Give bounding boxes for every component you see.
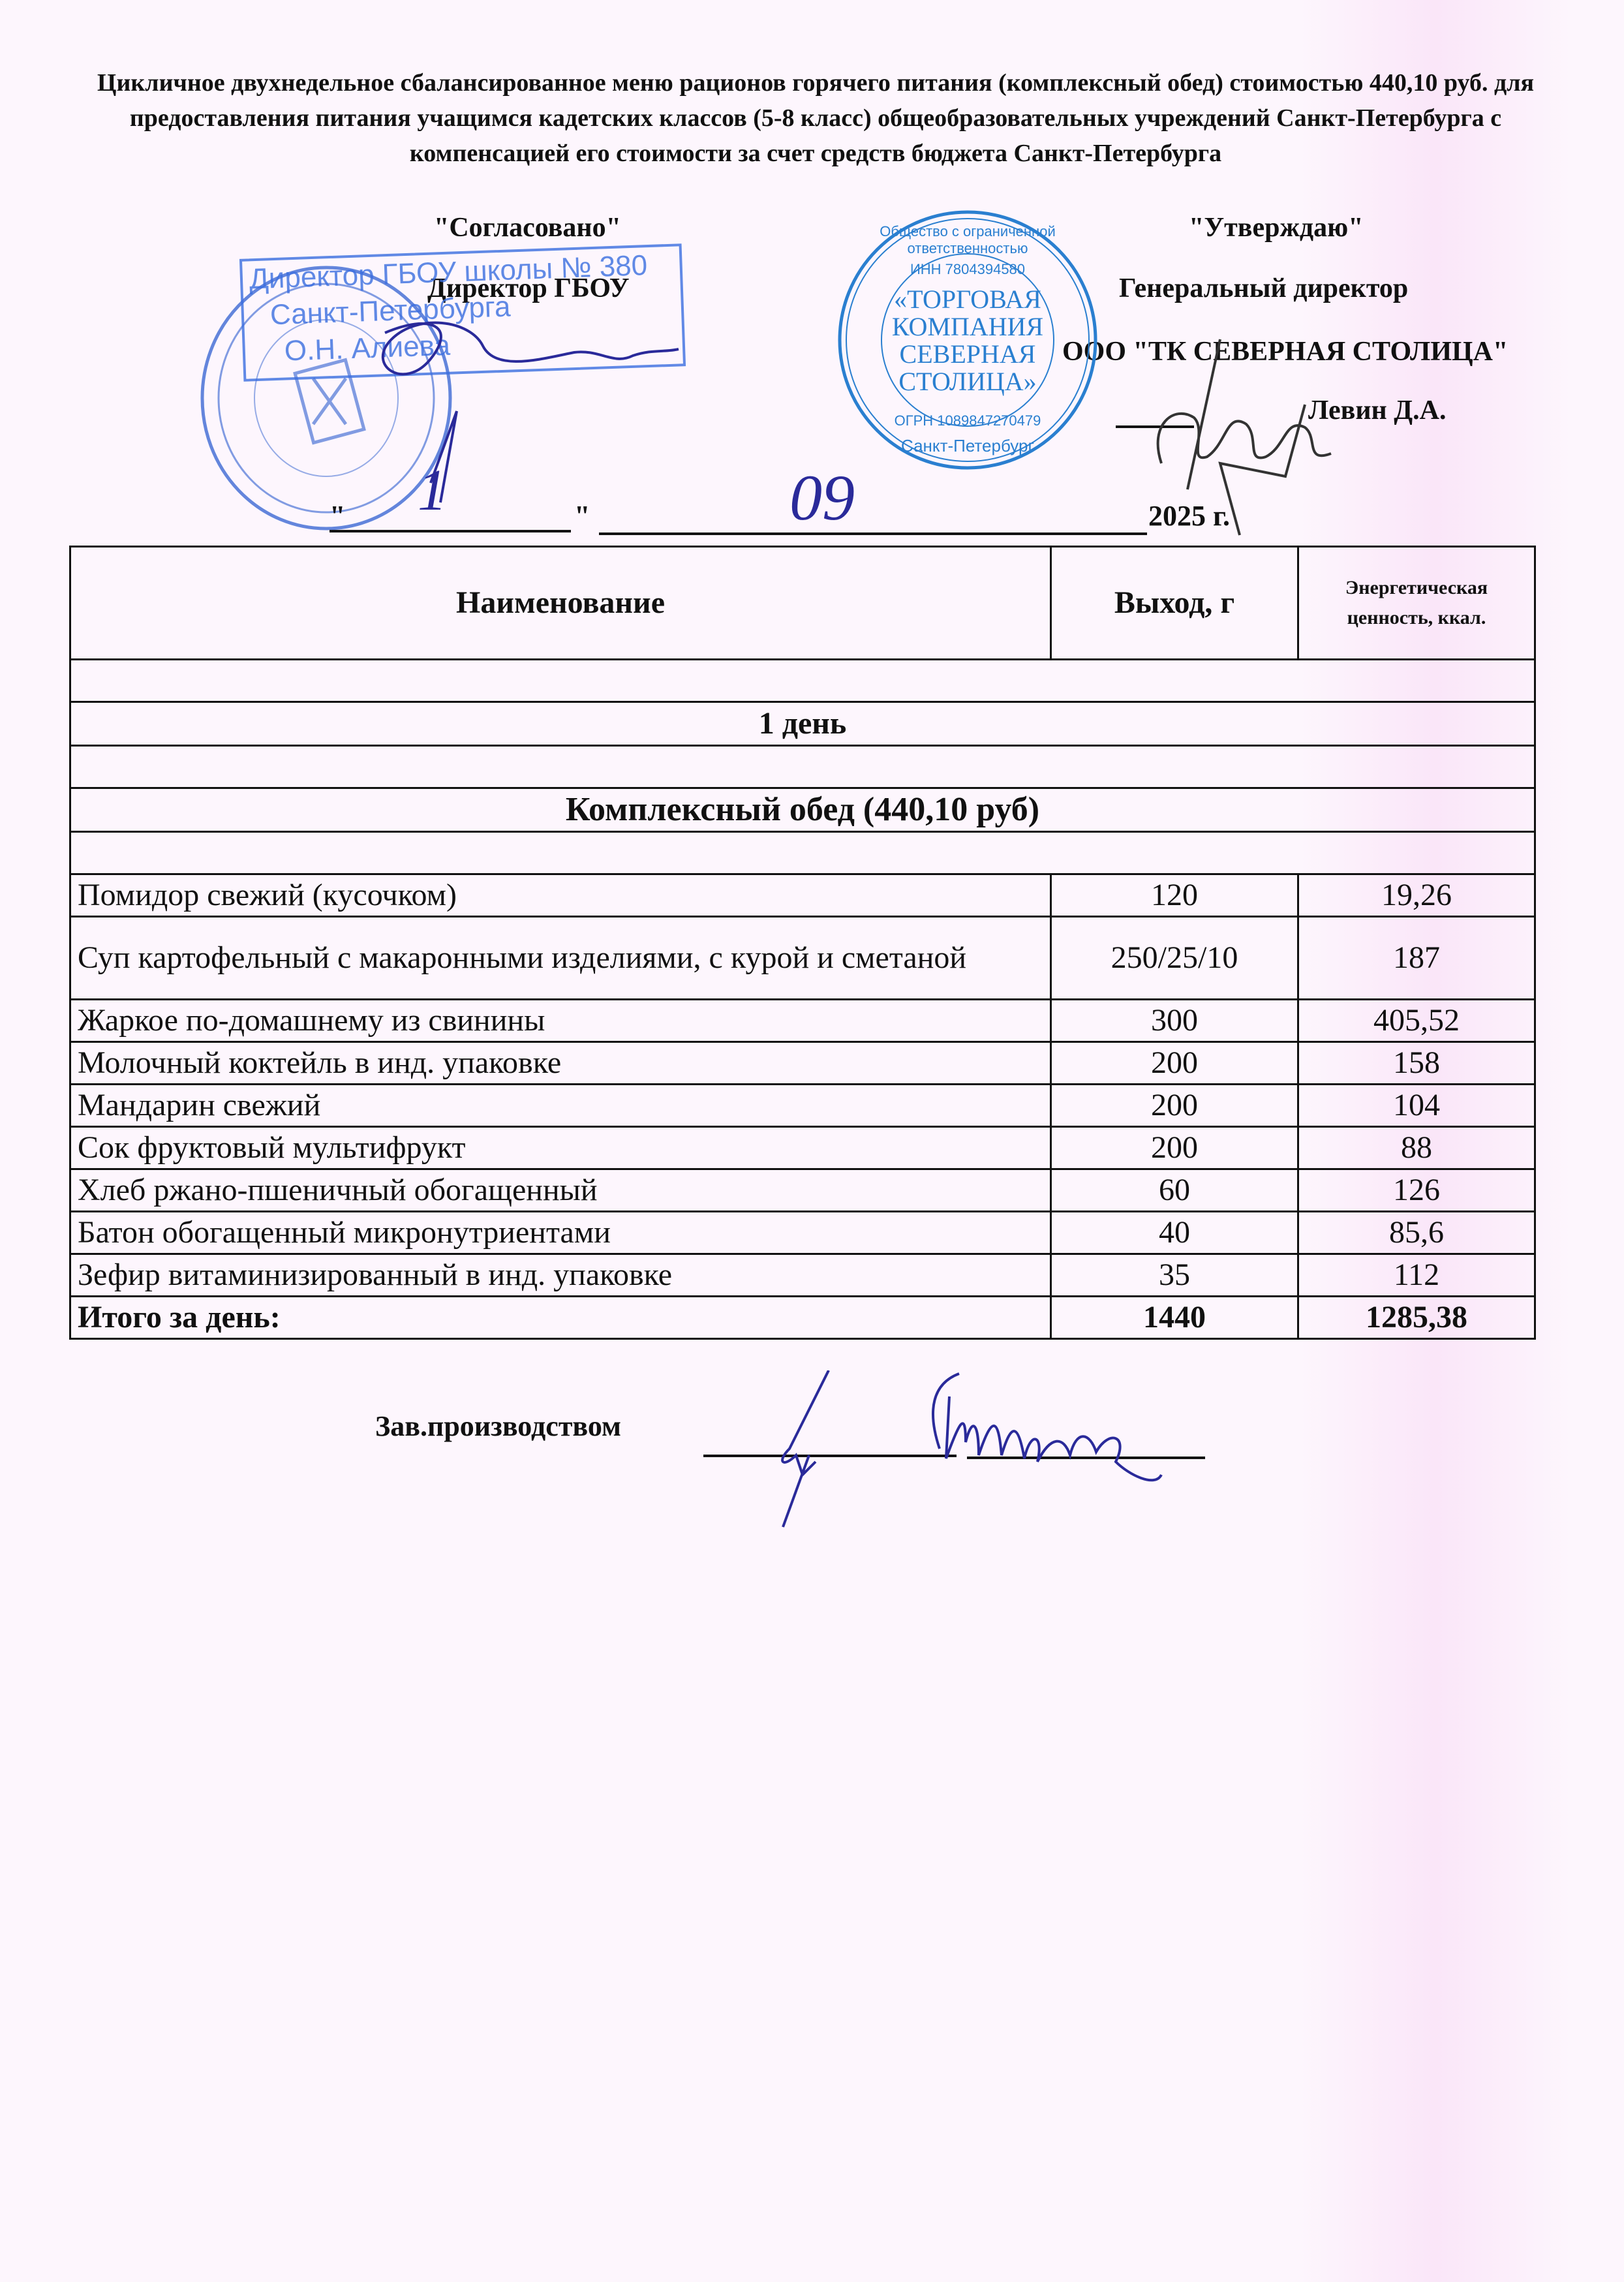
item-name: Батон обогащенный микронутриентами	[70, 1212, 1051, 1254]
company-round-stamp: «ТОРГОВАЯ КОМПАНИЯ СЕВЕРНАЯ СТОЛИЦА» ИНН…	[836, 209, 1099, 471]
table-row: Молочный коктейль в инд. упаковке 200 15…	[70, 1042, 1535, 1085]
item-name: Молочный коктейль в инд. упаковке	[70, 1042, 1051, 1085]
item-yield: 300	[1051, 1000, 1298, 1042]
stamp-center-line-3: СЕВЕРНАЯ	[836, 341, 1099, 368]
empty-cell	[70, 746, 1535, 788]
empty-cell	[70, 660, 1535, 702]
total-label: Итого за день:	[70, 1297, 1051, 1339]
stamp-center-line-2: КОМПАНИЯ	[836, 313, 1099, 341]
stamp-inn: ИНН 7804394580	[836, 261, 1099, 278]
stamp-outer-text: Общество с ограниченной ответственностью	[836, 223, 1099, 257]
approval-right-heading: "Утверждаю"	[1189, 212, 1364, 243]
stamp-rings-icon	[836, 209, 1099, 471]
item-yield: 200	[1051, 1042, 1298, 1085]
date-quote-close: "	[574, 499, 590, 532]
date-quote-open: "	[329, 499, 345, 532]
item-name: Жаркое по-домашнему из свинины	[70, 1000, 1051, 1042]
item-name: Хлеб ржано-пшеничный обогащенный	[70, 1169, 1051, 1212]
empty-row	[70, 746, 1535, 788]
approval-right-position: Генеральный директор	[1119, 273, 1408, 304]
stamp-center-line-1: «ТОРГОВАЯ	[836, 286, 1099, 313]
total-yield: 1440	[1051, 1297, 1298, 1339]
item-kcal: 85,6	[1298, 1212, 1535, 1254]
item-kcal: 405,52	[1298, 1000, 1535, 1042]
header-yield: Выход, г	[1051, 547, 1298, 660]
date-year: 2025 г.	[1148, 499, 1230, 532]
approval-left-heading: "Согласовано"	[434, 212, 621, 243]
item-kcal: 126	[1298, 1169, 1535, 1212]
stamp-city: Санкт-Петербург	[836, 436, 1099, 456]
production-signature-line-2	[967, 1457, 1205, 1459]
table-row: Хлеб ржано-пшеничный обогащенный 60 126	[70, 1169, 1535, 1212]
production-manager-label: Зав.производством	[375, 1410, 621, 1443]
item-yield: 35	[1051, 1254, 1298, 1297]
approval-right-name: Левин Д.А.	[1308, 395, 1446, 426]
item-kcal: 104	[1298, 1085, 1535, 1127]
item-yield: 40	[1051, 1212, 1298, 1254]
table-row: Жаркое по-домашнему из свинины 300 405,5…	[70, 1000, 1535, 1042]
table-row: Сок фруктовый мультифрукт 200 88	[70, 1127, 1535, 1169]
table-row: Батон обогащенный микронутриентами 40 85…	[70, 1212, 1535, 1254]
date-month-line	[599, 532, 1147, 535]
item-kcal: 19,26	[1298, 874, 1535, 917]
item-name: Зефир витаминизированный в инд. упаковке	[70, 1254, 1051, 1297]
empty-row	[70, 660, 1535, 702]
item-kcal: 187	[1298, 917, 1535, 1000]
production-signature-line-1	[703, 1455, 957, 1457]
item-kcal: 112	[1298, 1254, 1535, 1297]
director-signature	[326, 287, 692, 535]
meal-row: Комплексный обед (440,10 руб)	[70, 788, 1535, 832]
meal-label: Комплексный обед (440,10 руб)	[70, 788, 1535, 832]
date-day-line	[329, 530, 571, 532]
table-row: Суп картофельный с макаронными изделиями…	[70, 917, 1535, 1000]
rect-stamp-line-3: О.Н. Алиева	[245, 319, 683, 371]
total-kcal: 1285,38	[1298, 1297, 1535, 1339]
item-name: Сок фруктовый мультифрукт	[70, 1127, 1051, 1169]
item-kcal: 88	[1298, 1127, 1535, 1169]
item-yield: 200	[1051, 1127, 1298, 1169]
stamp-center-line-4: СТОЛИЦА»	[836, 368, 1099, 395]
item-kcal: 158	[1298, 1042, 1535, 1085]
table-row: Мандарин свежий 200 104	[70, 1085, 1535, 1127]
item-name: Помидор свежий (кусочком)	[70, 874, 1051, 917]
date-month: 09	[789, 460, 855, 535]
empty-cell	[70, 832, 1535, 874]
item-yield: 250/25/10	[1051, 917, 1298, 1000]
total-row: Итого за день: 1440 1285,38	[70, 1297, 1535, 1339]
day-row: 1 день	[70, 702, 1535, 746]
table-header-row: Наименование Выход, г Энергетическая цен…	[70, 547, 1535, 660]
approval-right-organization: ООО "ТК СЕВЕРНАЯ СТОЛИЦА"	[1062, 336, 1508, 367]
menu-table: Наименование Выход, г Энергетическая цен…	[69, 546, 1536, 1340]
date-day: 1	[418, 457, 447, 524]
director-signature-line	[1116, 425, 1194, 428]
item-name: Суп картофельный с макаронными изделиями…	[70, 917, 1051, 1000]
item-name: Мандарин свежий	[70, 1085, 1051, 1127]
table-row: Помидор свежий (кусочком) 120 19,26	[70, 874, 1535, 917]
empty-row	[70, 832, 1535, 874]
header-name: Наименование	[70, 547, 1051, 660]
item-yield: 200	[1051, 1085, 1298, 1127]
document-title: Цикличное двухнедельное сбалансированное…	[65, 65, 1566, 171]
day-label: 1 день	[70, 702, 1535, 746]
table-row: Зефир витаминизированный в инд. упаковке…	[70, 1254, 1535, 1297]
approval-left-position: Директор ГБОУ	[427, 273, 630, 304]
header-kcal: Энергетическая ценность, ккал.	[1298, 547, 1535, 660]
item-yield: 60	[1051, 1169, 1298, 1212]
item-yield: 120	[1051, 874, 1298, 917]
school-rect-stamp: Директор ГБОУ школы № 380 Санкт-Петербур…	[239, 243, 686, 382]
stamp-ogrn: ОГРН 1089847270479	[836, 412, 1099, 429]
